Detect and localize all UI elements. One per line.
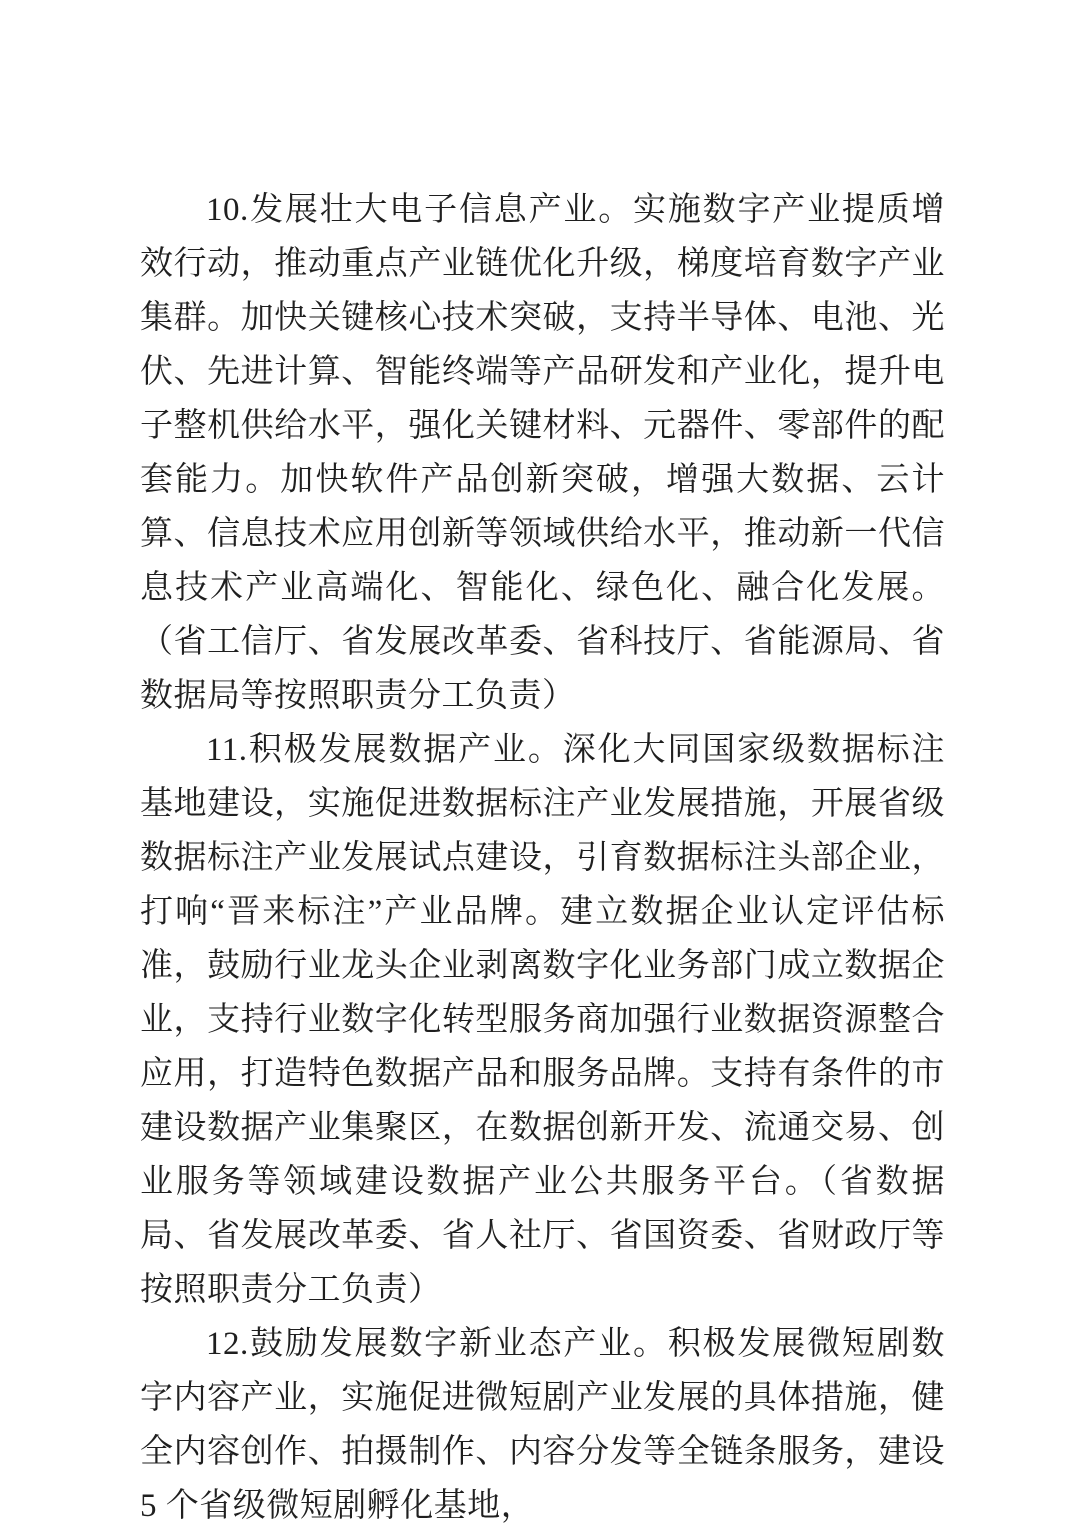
document-page: 10.发展壮大电子信息产业。实施数字产业提质增效行动，推动重点产业链优化升级，梯…	[0, 0, 1080, 1527]
paragraph-item-10: 10.发展壮大电子信息产业。实施数字产业提质增效行动，推动重点产业链优化升级，梯…	[140, 183, 945, 723]
paragraph-item-11: 11.积极发展数据产业。深化大同国家级数据标注基地建设，实施促进数据标注产业发展…	[140, 723, 945, 1317]
paragraph-item-12: 12.鼓励发展数字新业态产业。积极发展微短剧数字内容产业，实施促进微短剧产业发展…	[140, 1317, 945, 1527]
